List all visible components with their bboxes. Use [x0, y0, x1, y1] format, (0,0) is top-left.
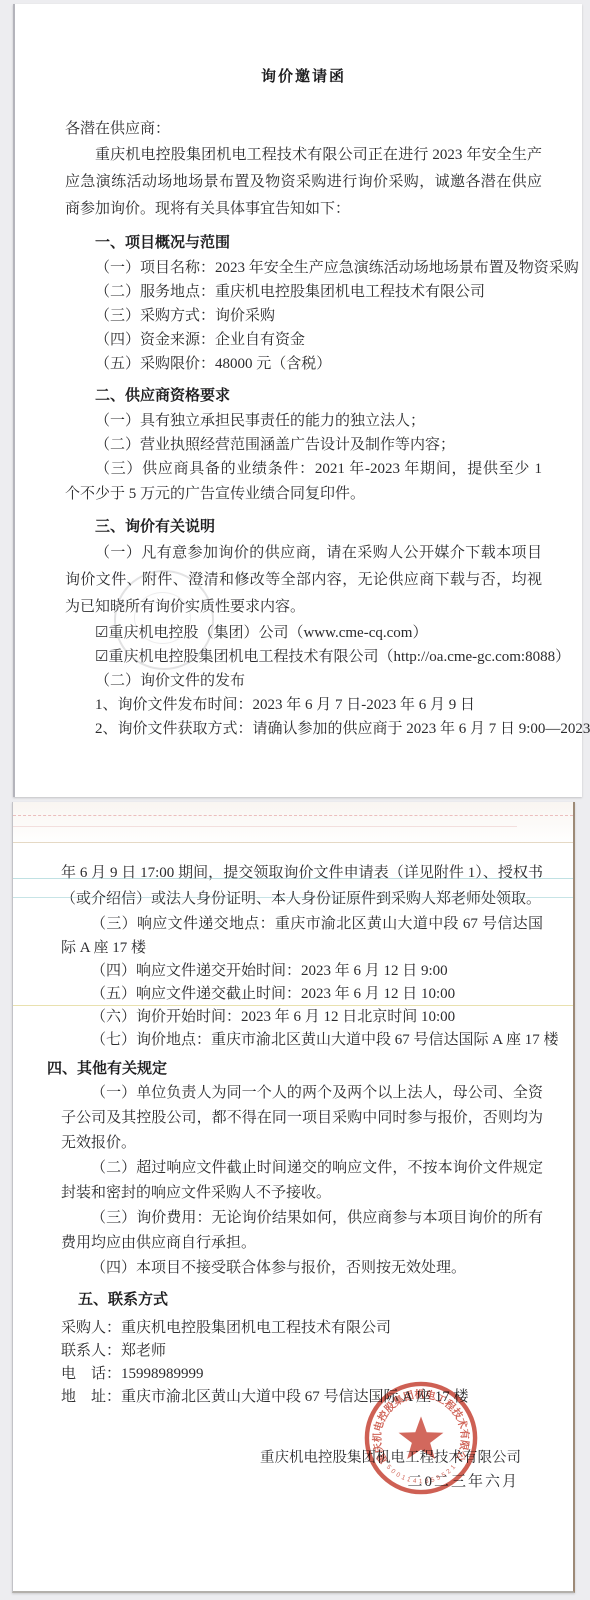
section-5-heading: 五、联系方式	[78, 1287, 543, 1313]
intro-paragraph: 重庆机电控股集团机电工程技术有限公司正在进行 2023 年安全生产应急演练活动场…	[65, 142, 542, 223]
checked-checkbox-icon: ☑	[95, 649, 108, 665]
section-4-heading: 四、其他有关规定	[47, 1056, 543, 1081]
section-1-heading: 一、项目概况与范围	[65, 230, 542, 256]
section-1-item: （四）资金来源：企业自有资金	[65, 328, 542, 352]
seal-star-icon	[399, 1416, 444, 1459]
section-3-item: （四）响应文件递交开始时间：2023 年 6 月 12 日 9:00	[61, 960, 543, 983]
svg-text:5001141355521: 5001141355521	[385, 1463, 458, 1485]
section-3-item: （七）询价地点：重庆市渝北区黄山大道中段 67 号信达国际 A 座 17 楼	[61, 1029, 543, 1052]
publish-channel-label: 重庆机电控股集团机电工程技术有限公司（http://oa.cme-gc.com:…	[108, 649, 570, 665]
section-4-item: （四）本项目不接受联合体参与报价，否则按无效处理。	[61, 1256, 543, 1281]
scanned-document-view: 询价邀请函 各潜在供应商： 重庆机电控股集团机电工程技术有限公司正在进行 202…	[0, 0, 590, 1600]
section-3-item: （六）询价开始时间：2023 年 6 月 12 日北京时间 10:00	[61, 1006, 543, 1029]
section-3-sub-item: 2、询价文件获取方式：请确认参加的供应商于 2023 年 6 月 7 日 9:0…	[65, 717, 542, 741]
section-1-item: （三）采购方式：询价采购	[65, 304, 542, 328]
section-1-item: （一）项目名称：2023 年安全生产应急演练活动场地场景布置及物资采购	[65, 256, 542, 280]
section-3-item: （五）响应文件递交截止时间：2023 年 6 月 12 日 10:00	[61, 983, 543, 1006]
publish-channel-row: ☑重庆机电控股（集团）公司（www.cme-cq.com）	[65, 621, 542, 645]
contact-purchaser: 采购人：重庆机电控股集团机电工程技术有限公司	[61, 1317, 543, 1340]
salutation: 各潜在供应商：	[65, 116, 542, 142]
section-2-item: （二）营业执照经营范围涵盖广告设计及制作等内容；	[65, 433, 542, 457]
section-3-sub-item: 1、询价文件发布时间：2023 年 6 月 7 日-2023 年 6 月 9 日	[65, 693, 542, 717]
section-2-heading: 二、供应商资格要求	[65, 383, 542, 409]
publish-channel-row: ☑重庆机电控股集团机电工程技术有限公司（http://oa.cme-gc.com…	[65, 645, 542, 669]
document-page-2: 年 6 月 9 日 17:00 期间，提交领取询价文件申请表（详见附件 1）、授…	[12, 802, 575, 1593]
section-1-item: （五）采购限价：48000 元（含税）	[65, 352, 542, 376]
contact-person: 联系人：郑老师	[61, 1340, 543, 1363]
section-2-item: （一）具有独立承担民事责任的能力的独立法人；	[65, 409, 542, 433]
section-3-item: （三）响应文件递交地点：重庆市渝北区黄山大道中段 67 号信达国际 A 座 17…	[61, 912, 543, 960]
section-3-heading: 三、询价有关说明	[65, 514, 542, 540]
document-title: 询价邀请函	[65, 64, 542, 90]
company-seal-stamp: 重庆机电控股集团机电工程技术有限公司 5001141355521	[362, 1379, 480, 1497]
continuation-paragraph: 年 6 月 9 日 17:00 期间，提交领取询价文件申请表（详见附件 1）、授…	[61, 860, 543, 912]
section-1-item: （二）服务地点：重庆机电控股集团机电工程技术有限公司	[65, 280, 542, 304]
publish-channel-label: 重庆机电控股（集团）公司（www.cme-cq.com）	[108, 625, 427, 641]
seal-ring-text: 重庆机电控股集团机电工程技术有限公司	[362, 1379, 472, 1466]
section-4-item: （三）询价费用：无论询价结果如何，供应商参与本项目询价的所有费用均应由供应商自行…	[61, 1206, 543, 1256]
section-4-item: （一）单位负责人为同一个人的两个及两个以上法人，母公司、全资子公司及其控股公司，…	[61, 1081, 543, 1156]
seal-serial-number: 5001141355521	[385, 1463, 458, 1485]
section-4-item: （二）超过响应文件截止时间递交的响应文件，不按本询价文件规定封装和密封的响应文件…	[61, 1156, 543, 1206]
section-3-paragraph: （一）凡有意参加询价的供应商，请在采购人公开媒介下载本项目询价文件、附件、澄清和…	[65, 540, 542, 621]
document-page-1: 询价邀请函 各潜在供应商： 重庆机电控股集团机电工程技术有限公司正在进行 202…	[13, 4, 582, 797]
checked-checkbox-icon: ☑	[95, 625, 108, 641]
section-3-sub-heading: （二）询价文件的发布	[65, 669, 542, 693]
section-2-item: （三）供应商具备的业绩条件：2021 年-2023 年期间，提供至少 1 个不少…	[65, 457, 542, 507]
svg-text:重庆机电控股集团机电工程技术有限公司: 重庆机电控股集团机电工程技术有限公司	[362, 1379, 472, 1466]
